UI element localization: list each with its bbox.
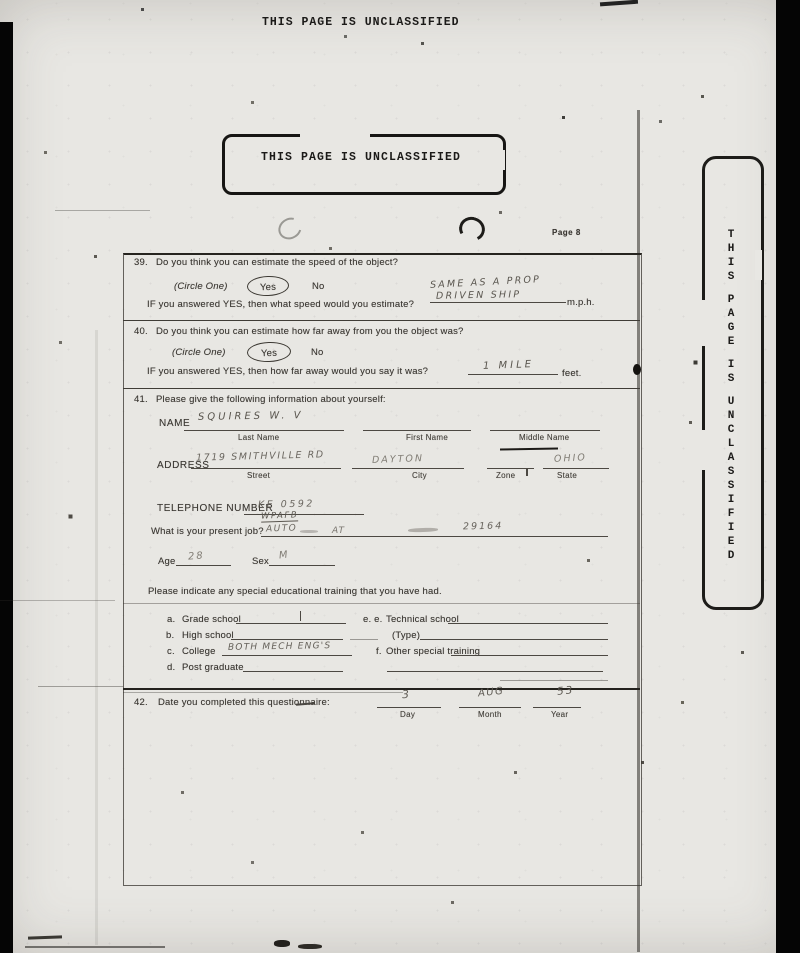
sex-line	[269, 552, 335, 566]
q40-yes-option: Yes	[261, 348, 277, 360]
stamp-box-gap-bottom	[418, 183, 452, 191]
name-line-middle	[490, 417, 600, 431]
name-line-last	[184, 417, 344, 431]
q40-text: Do you think you can estimate how far aw…	[156, 326, 464, 337]
name-sublabel-middle: Middle Name	[519, 433, 569, 442]
address-sublabel-city: City	[412, 471, 427, 480]
side-stamp-gap-1	[699, 300, 706, 346]
job-fragment-1: AUTO	[266, 523, 298, 534]
q42-day-label: Day	[400, 710, 415, 719]
address-sublabel-street: Street	[247, 471, 270, 480]
edu-e-letter: e. e.	[363, 614, 383, 625]
edu-b-letter: b.	[166, 630, 174, 641]
artifact-hline-3	[38, 686, 123, 687]
top-unclassified-banner: THIS PAGE IS UNCLASSIFIED	[262, 16, 460, 29]
punch-hole-left	[274, 213, 305, 243]
edu-f-line3	[500, 672, 608, 681]
q40-answer-underline	[468, 360, 558, 375]
name-sublabel-first: First Name	[406, 433, 448, 442]
edu-d-line	[243, 661, 343, 672]
edu-a-letter: a.	[167, 614, 175, 625]
scan-edge-right	[776, 0, 800, 953]
side-stamp-gap-2	[699, 430, 706, 470]
artifact-hline-2	[0, 600, 115, 601]
rule-above-q42-echo	[123, 692, 403, 693]
stamp-box-text: THIS PAGE IS UNCLASSIFIED	[222, 151, 500, 164]
job-label: What is your present job?	[151, 526, 264, 537]
artifact-hline-1	[55, 210, 150, 211]
sex-label: Sex	[252, 556, 269, 567]
q42-year-label: Year	[551, 710, 568, 719]
bottom-scuff-1	[28, 935, 62, 939]
job-fragment-3: 29164	[463, 521, 503, 533]
address-line-state	[543, 455, 609, 469]
edu-d-letter: d.	[167, 662, 175, 673]
q42-number: 42.	[134, 697, 148, 708]
dust-specks	[0, 0, 1, 1]
edu-e-line	[448, 613, 608, 624]
edu-f-line2	[387, 661, 603, 672]
job-fragment-2: AT	[332, 526, 345, 536]
edu-a-line	[236, 613, 346, 624]
q39-answer-underline	[430, 288, 566, 303]
q39-yes-option: Yes	[260, 282, 276, 294]
name-line-first	[363, 417, 471, 431]
q41-number: 41.	[134, 394, 148, 405]
edu-type-label: (Type)	[392, 630, 420, 641]
bottom-scuff-4	[298, 944, 322, 949]
address-sublabel-state: State	[557, 471, 577, 480]
q41-text: Please give the following information ab…	[156, 394, 386, 405]
crease-line-left	[95, 330, 98, 945]
punch-hole-right	[456, 214, 488, 245]
edu-c-line	[222, 645, 352, 656]
address-sublabel-zone: Zone	[496, 471, 515, 480]
address-line-city	[352, 455, 464, 469]
q42-month-line	[459, 695, 521, 708]
address-line-zone	[487, 455, 534, 469]
edu-a-label: Grade school	[182, 614, 241, 625]
education-intro: Please indicate any special educational …	[148, 586, 442, 597]
q39-unit: m.p.h.	[567, 297, 595, 308]
edu-c-letter: c.	[167, 646, 175, 657]
q40-circle-one-label: (Circle One)	[172, 347, 226, 358]
edu-b-line	[231, 629, 343, 640]
bottom-scuff-3	[274, 940, 290, 947]
q39-no-option: No	[312, 281, 325, 292]
q40-followup: IF you answered YES, then how far away w…	[147, 366, 428, 377]
age-label: Age	[158, 556, 176, 567]
q42-year-line	[533, 695, 581, 708]
side-stamp-text: THISPAGEISUNCLASSIFIED	[716, 228, 746, 563]
name-sublabel-last: Last Name	[238, 433, 279, 442]
age-line	[176, 552, 231, 566]
rule-under-edu-intro	[123, 603, 640, 604]
zone-stray-tick	[526, 469, 528, 476]
edu-d-label: Post graduate	[182, 662, 244, 673]
q39-text: Do you think you can estimate the speed …	[156, 257, 398, 268]
q39-followup: IF you answered YES, then what speed wou…	[147, 299, 414, 310]
rule-under-q39	[123, 320, 640, 321]
edu-type-line	[420, 629, 608, 640]
rule-under-q40	[123, 388, 640, 389]
edu-c-label: College	[182, 646, 216, 657]
stamp-box-gap-top	[300, 131, 370, 137]
job-scribble-2	[300, 530, 318, 533]
q40-no-option: No	[311, 347, 324, 358]
q39-number: 39.	[134, 257, 148, 268]
scan-edge-left	[0, 22, 13, 953]
q40-number: 40.	[134, 326, 148, 337]
q39-circle-one-label: (Circle One)	[174, 281, 228, 292]
q42-month-label: Month	[478, 710, 502, 719]
edu-b-dashes	[350, 629, 378, 640]
page-number: Page 8	[552, 228, 581, 237]
job-above-value: WPAFB	[261, 510, 299, 522]
scanned-document-page: THIS PAGE IS UNCLASSIFIED THIS PAGE IS U…	[0, 0, 800, 953]
side-stamp-gap-3	[755, 250, 762, 280]
address-line-street	[191, 455, 341, 469]
edu-f-letter: f.	[376, 646, 382, 657]
edu-b-label: High school	[182, 630, 234, 641]
scan-smudge-top	[600, 0, 638, 6]
edu-a-tick	[300, 611, 301, 621]
q42-day-line	[377, 695, 441, 708]
bottom-scuff-2	[25, 946, 165, 948]
q40-unit: feet.	[562, 368, 582, 379]
unclassified-stamp-box	[222, 134, 506, 195]
edu-f-line	[451, 645, 608, 656]
